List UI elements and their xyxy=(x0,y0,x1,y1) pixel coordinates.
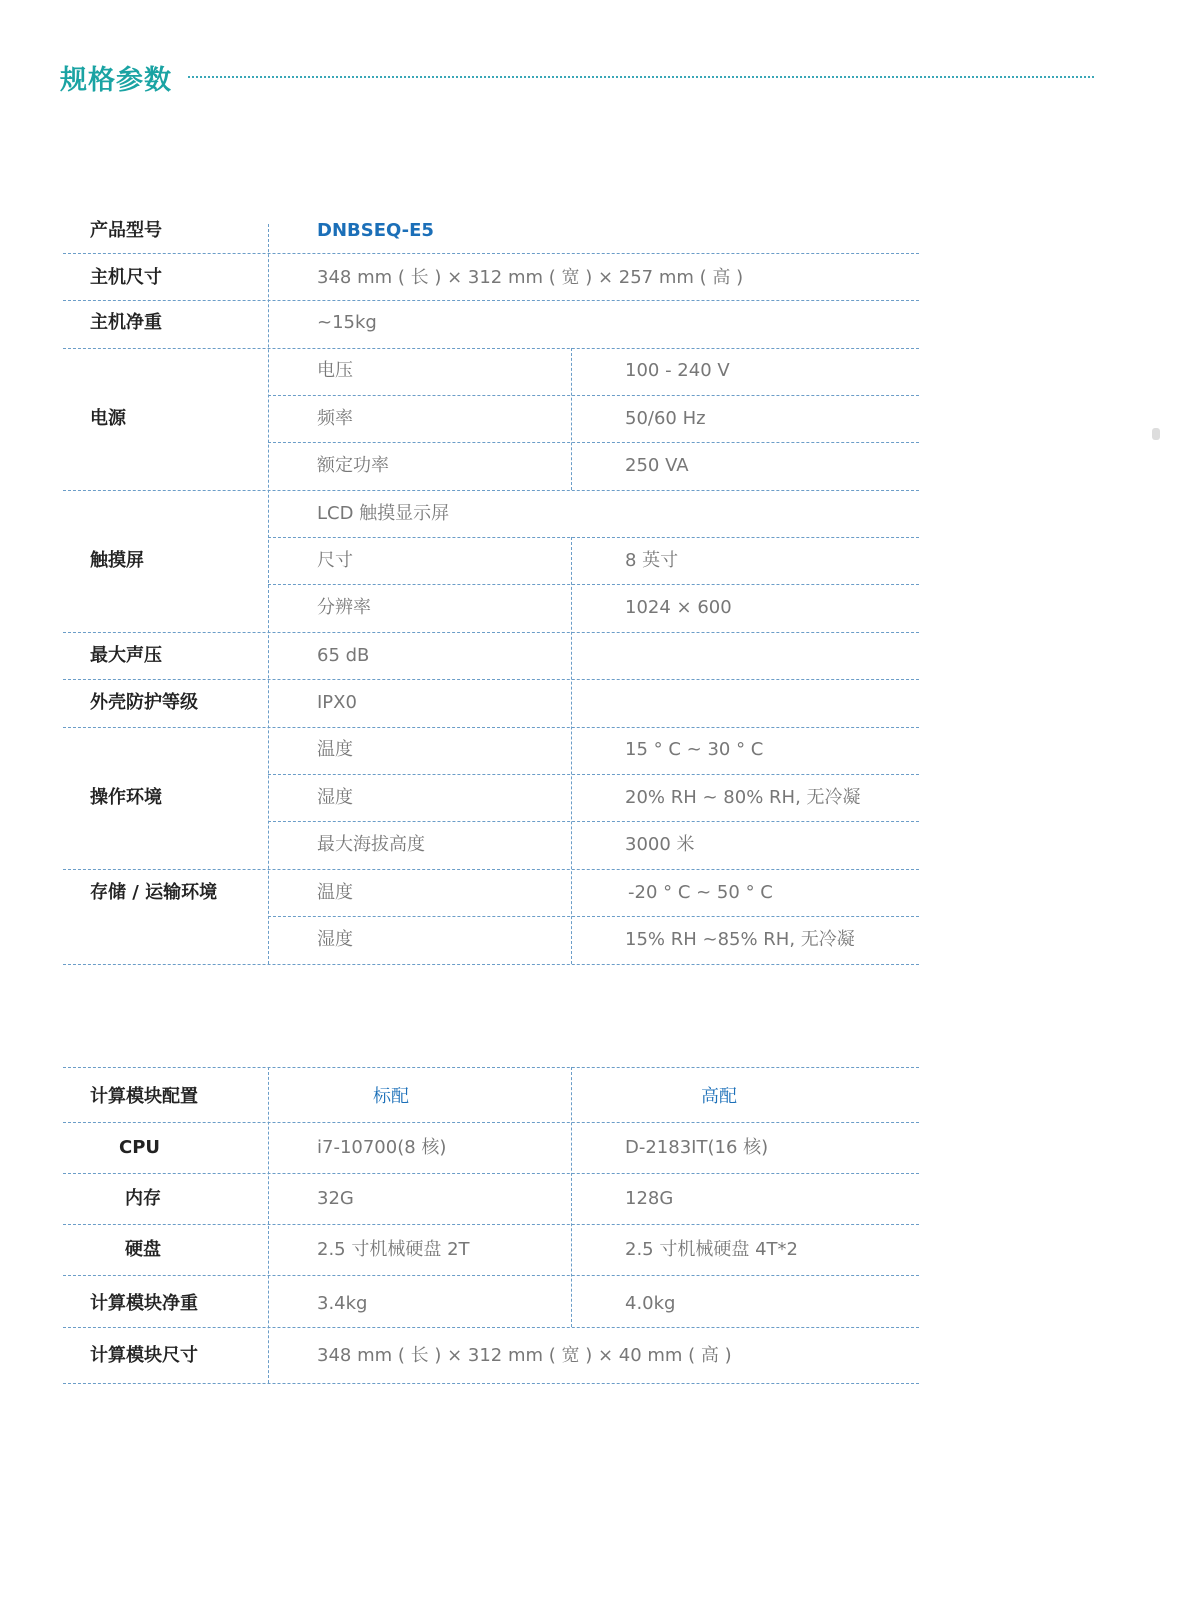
row-divider xyxy=(63,490,919,491)
row-label-module-weight: 计算模块净重 xyxy=(90,1292,198,1316)
column-divider xyxy=(571,1067,572,1327)
protection-value: IPX0 xyxy=(317,691,357,715)
storage-humidity-value: 15% RH ~85% RH, 无冷凝 xyxy=(625,928,855,952)
row-label-host-size: 主机尺寸 xyxy=(90,266,162,290)
row-divider xyxy=(63,727,919,728)
row-divider xyxy=(63,300,919,301)
op-altitude-value: 3000 米 xyxy=(625,833,695,857)
row-divider xyxy=(63,348,919,349)
op-temp-value: 15 ° C ~ 30 ° C xyxy=(625,738,763,762)
touchscreen-resolution-label: 分辨率 xyxy=(317,596,371,620)
power-rated-value: 250 VA xyxy=(625,454,689,478)
row-divider xyxy=(63,1067,919,1068)
row-label-storage-env: 存储 / 运输环境 xyxy=(90,881,217,905)
row-label-power: 电源 xyxy=(90,407,126,431)
row-label-cpu: CPU xyxy=(119,1136,160,1160)
row-divider xyxy=(63,869,919,870)
row-divider xyxy=(268,916,919,917)
memory-high: 128G xyxy=(625,1187,673,1211)
title-divider xyxy=(188,76,1094,78)
header-high: 高配 xyxy=(701,1085,737,1109)
column-divider xyxy=(268,1067,269,1383)
storage-temp-value: -20 ° C ~ 50 ° C xyxy=(628,881,773,905)
storage-humidity-label: 湿度 xyxy=(317,928,353,952)
host-size-value: 348 mm ( 长 ) × 312 mm ( 宽 ) × 257 mm ( 高… xyxy=(317,266,743,290)
row-divider xyxy=(268,774,919,775)
disk-high: 2.5 寸机械硬盘 4T*2 xyxy=(625,1238,798,1262)
op-temp-label: 温度 xyxy=(317,738,353,762)
op-humidity-value: 20% RH ~ 80% RH, 无冷凝 xyxy=(625,786,861,810)
memory-standard: 32G xyxy=(317,1187,354,1211)
row-label-host-weight: 主机净重 xyxy=(90,311,162,335)
row-divider xyxy=(63,964,919,965)
row-label-touchscreen: 触摸屏 xyxy=(90,549,144,573)
module-size-value: 348 mm ( 长 ) × 312 mm ( 宽 ) × 40 mm ( 高 … xyxy=(317,1344,732,1368)
host-weight-value: ~15kg xyxy=(317,311,377,335)
sound-value: 65 dB xyxy=(317,644,369,668)
op-altitude-label: 最大海拔高度 xyxy=(317,833,425,857)
power-voltage-value: 100 - 240 V xyxy=(625,359,730,383)
power-rated-label: 额定功率 xyxy=(317,454,389,478)
row-divider xyxy=(63,1275,919,1276)
row-label-protection: 外壳防护等级 xyxy=(90,691,198,715)
header-config: 计算模块配置 xyxy=(90,1085,198,1109)
row-label-sound: 最大声压 xyxy=(90,644,162,668)
disk-standard: 2.5 寸机械硬盘 2T xyxy=(317,1238,470,1262)
column-divider xyxy=(571,537,572,964)
row-divider xyxy=(268,442,919,443)
row-label-operating-env: 操作环境 xyxy=(90,786,162,810)
power-frequency-value: 50/60 Hz xyxy=(625,407,706,431)
page-edge-mark xyxy=(1152,428,1160,440)
column-divider xyxy=(268,224,269,964)
row-divider xyxy=(63,253,919,254)
row-divider xyxy=(63,1383,919,1384)
cpu-standard: i7-10700(8 核) xyxy=(317,1136,446,1160)
page-title: 规格参数 xyxy=(60,58,172,97)
model-value: DNBSEQ-E5 xyxy=(317,219,434,243)
power-voltage-label: 电压 xyxy=(317,359,353,383)
op-humidity-label: 湿度 xyxy=(317,786,353,810)
row-label-module-size: 计算模块尺寸 xyxy=(90,1344,198,1368)
touchscreen-resolution-value: 1024 × 600 xyxy=(625,596,732,620)
row-label-model: 产品型号 xyxy=(90,219,162,243)
header-standard: 标配 xyxy=(373,1085,409,1109)
row-divider xyxy=(63,1122,919,1123)
cpu-high: D-2183IT(16 核) xyxy=(625,1136,768,1160)
row-label-memory: 内存 xyxy=(125,1187,161,1211)
row-divider xyxy=(63,679,919,680)
row-divider xyxy=(63,1327,919,1328)
row-divider xyxy=(268,537,919,538)
touchscreen-size-label: 尺寸 xyxy=(317,549,353,573)
touchscreen-type: LCD 触摸显示屏 xyxy=(317,502,449,526)
row-divider xyxy=(268,395,919,396)
row-divider xyxy=(63,632,919,633)
module-weight-standard: 3.4kg xyxy=(317,1292,367,1316)
row-label-disk: 硬盘 xyxy=(125,1238,161,1262)
module-weight-high: 4.0kg xyxy=(625,1292,675,1316)
power-frequency-label: 频率 xyxy=(317,407,353,431)
row-divider xyxy=(63,1224,919,1225)
touchscreen-size-value: 8 英寸 xyxy=(625,549,678,573)
column-divider xyxy=(571,348,572,490)
storage-temp-label: 温度 xyxy=(317,881,353,905)
row-divider xyxy=(268,821,919,822)
row-divider xyxy=(268,584,919,585)
row-divider xyxy=(63,1173,919,1174)
